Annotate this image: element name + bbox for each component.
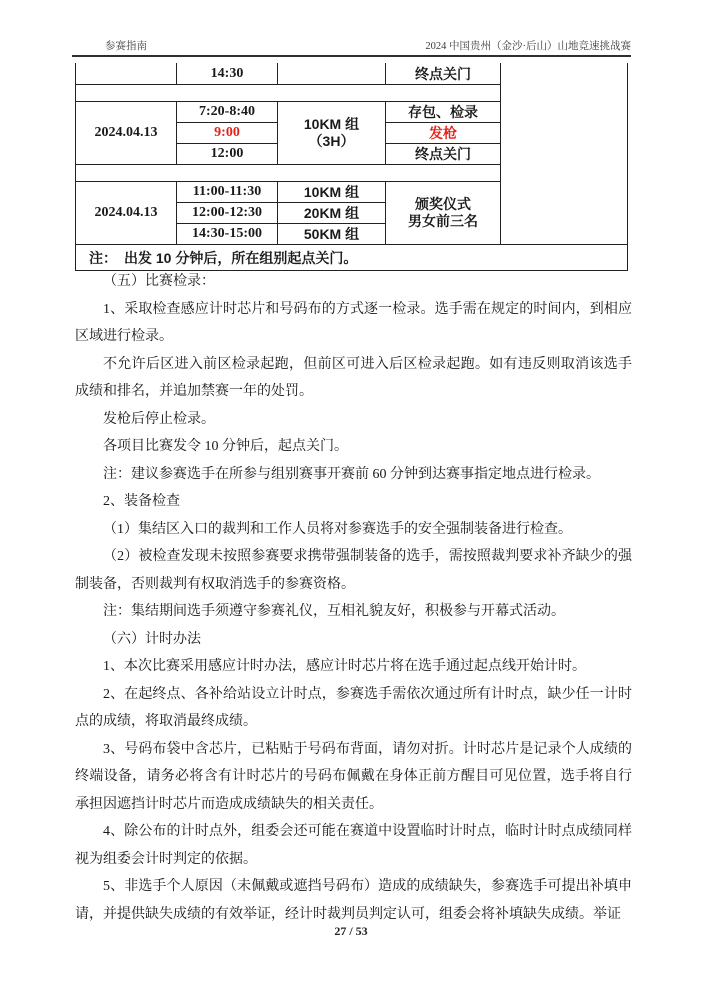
time-cell: 12:00 [177,144,278,165]
body-paragraph: 3、号码布袋中含芯片，已粘贴于号码布背面，请勿对折。计时芯片是记录个人成绩的终端… [75,736,632,819]
header-rule [72,55,631,57]
group-cell: 10KM 组 （3H） [278,102,386,165]
body-paragraph: （2）被检查发现未按照参赛要求携带强制装备的选手，需按照裁判要求补齐缺少的强制装… [75,543,632,598]
page-number: 27 / 53 [0,924,702,939]
body-text: （五）比赛检录： 1、采取检查感应计时芯片和号码布的方式逐一检录。选手需在规定的… [75,268,632,928]
header-event-title: 2024 中国贵州（金沙·后山）山地竞速挑战赛 [425,38,631,53]
schedule-table: 14:30 终点关门 2024.04.13 7:20-8:40 10KM 组 （… [75,63,628,271]
time-cell: 11:00-11:30 [177,182,278,203]
body-paragraph: 不允许后区进入前区检录起跑，但前区可进入后区检录起跑。如有违反则取消该选手成绩和… [75,351,632,406]
group-cell [278,63,386,85]
group-cell: 50KM 组 [278,224,386,245]
body-paragraph: 各项目比赛发令 10 分钟后，起点关门。 [75,433,632,461]
time-cell: 14:30 [177,63,278,85]
body-paragraph: 4、除公布的计时点外，组委会还可能在赛道中设置临时计时点，临时计时点成绩同样视为… [75,818,632,873]
group-line-2: （3H） [278,133,385,150]
body-paragraph: 5、非选手个人原因（未佩戴或遮挡号码布）造成的成绩缺失，参赛选手可提出补填申请，… [75,873,632,928]
body-paragraph: 注：建议参赛选手在所参与组别赛事开赛前 60 分钟到达赛事指定地点进行检录。 [75,461,632,489]
time-cell: 12:00-12:30 [177,203,278,224]
time-cell: 7:20-8:40 [177,102,278,123]
body-paragraph: 2、装备检查 [75,488,632,516]
spacer-cell [76,85,501,102]
empty-column-cell [501,63,628,245]
table-note-row: 注： 出发 10 分钟后，所在组别起点关门。 [76,245,628,271]
body-paragraph: （六）计时办法 [75,626,632,654]
table-row-continuation: 14:30 终点关门 [76,63,628,85]
event-cell: 终点关门 [386,63,501,85]
spacer-cell [76,165,501,182]
body-paragraph: 发枪后停止检录。 [75,406,632,434]
date-cell: 2024.04.13 [76,182,177,245]
body-paragraph: （五）比赛检录： [75,268,632,296]
document-page: 参赛指南 2024 中国贵州（金沙·后山）山地竞速挑战赛 14:30 终点关门 … [0,0,702,993]
time-cell-start-gun: 9:00 [177,123,278,144]
body-paragraph: 1、本次比赛采用感应计时办法，感应计时芯片将在选手通过起点线开始计时。 [75,653,632,681]
body-paragraph: 注：集结期间选手须遵守参赛礼仪，互相礼貌友好，积极参与开幕式活动。 [75,598,632,626]
event-cell-start-gun: 发枪 [386,123,501,144]
body-paragraph: 2、在起终点、各补给站设立计时点，参赛选手需依次通过所有计时点，缺少任一计时点的… [75,681,632,736]
group-cell: 10KM 组 [278,182,386,203]
event-cell: 终点关门 [386,144,501,165]
body-paragraph: 1、采取检查感应计时芯片和号码布的方式逐一检录。选手需在规定的时间内，到相应区域… [75,296,632,351]
group-line-1: 10KM 组 [278,116,385,133]
note-cell: 注： 出发 10 分钟后，所在组别起点关门。 [76,245,628,271]
event-cell: 存包、检录 [386,102,501,123]
date-cell [76,63,177,85]
event-line-1: 颁奖仪式 [386,196,500,213]
event-line-2: 男女前三名 [386,213,500,230]
group-cell: 20KM 组 [278,203,386,224]
header-doc-title: 参赛指南 [105,38,147,53]
body-paragraph: （1）集结区入口的裁判和工作人员将对参赛选手的安全强制装备进行检查。 [75,516,632,544]
time-cell: 14:30-15:00 [177,224,278,245]
date-cell: 2024.04.13 [76,102,177,165]
event-cell-awards: 颁奖仪式 男女前三名 [386,182,501,245]
